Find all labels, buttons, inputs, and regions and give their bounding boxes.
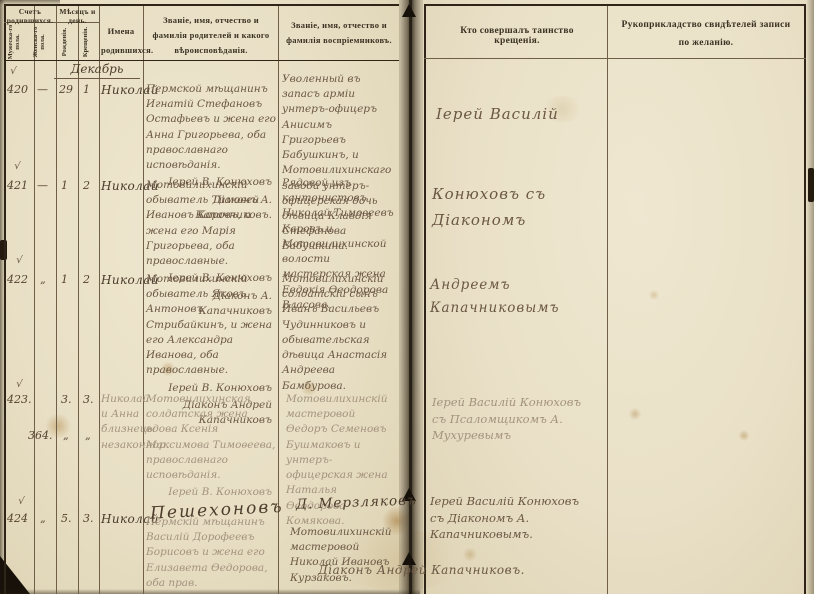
bottom-deacon-signature: Діаконъ Андрей Капачниковъ.	[318, 562, 538, 579]
header-baptism-label: Крещенія.	[82, 21, 94, 63]
entry-number-male: 422	[7, 272, 34, 288]
entry-baptism-day: 3.	[83, 511, 97, 527]
entry-parents-text: Мотовилихинскій обыватель Яковъ Антоновъ…	[146, 272, 276, 379]
entry-parents-text: Мотовилихинскій обыватель Тимоѳей Иванов…	[146, 178, 276, 269]
entry-birth-day: 1	[61, 178, 77, 194]
entry-parents-text: Мотовилихинская солдатская жена вдова Кс…	[146, 392, 276, 483]
register-entry: √ 422 „ 1 2 Николай Мотовилихинскій обыв…	[0, 268, 814, 388]
metrical-book-spread: Счетъ родившихся. Мѣсяцъ и день. Мужеска…	[0, 0, 814, 594]
entry-parents-cell: Мотовилихинская солдатская жена вдова Кс…	[146, 392, 276, 501]
entry-parents-text: Пермской мѣщанинъ Игнатій Стефановъ Оста…	[146, 82, 276, 173]
entry-number-male: 423.	[7, 392, 34, 408]
entry-officiant-text: Іерей Василій Конюховъ съ Діакономъ А. К…	[430, 493, 590, 543]
entry-officiant-text: Конюховъ съ Діакономъ	[432, 182, 607, 233]
header-male-label: Мужеска-го пола.	[7, 21, 31, 63]
entry-godparents-text: Мотовилихинскій солдатскій сынъ Иванъ Ва…	[282, 272, 397, 394]
entry-parents-text: Пермскій мѣщанинъ Василій Дорофеевъ Бори…	[146, 515, 276, 591]
register-entry: √ 420 — 29 1 Николай Пермской мѣщанинъ И…	[0, 78, 814, 175]
entry-checkmark: √	[17, 495, 25, 510]
entry-number-female: 364.	[28, 428, 55, 444]
register-entry: √ 423. 364. 3. 3. „ „ Николай и Анна бли…	[0, 390, 814, 502]
entry-baptism-day: 3.	[83, 392, 97, 408]
binding-mark-top	[402, 4, 416, 17]
entry-baptism-day: 2	[83, 178, 97, 194]
header-parents: Званіе, имя, отчество и фамилія родителе…	[148, 13, 274, 58]
table-rule	[4, 4, 399, 6]
entry-number-male: 424	[7, 511, 34, 527]
entry-name: Николай	[101, 511, 145, 528]
month-header: Декабрь	[54, 61, 140, 79]
table-rule	[424, 4, 806, 6]
entry-name: Николай	[101, 82, 145, 99]
entry-birth-day: 29	[59, 82, 77, 98]
header-godparents: Званіе, имя, отчество и фамилія воспріем…	[284, 18, 394, 48]
entry-number-female: „	[40, 272, 54, 288]
entry-birth-day: 3.	[61, 392, 77, 408]
header-birth-label: Рожденія.	[61, 21, 73, 63]
header-signatures: Рукоприкладство свидѣтелей записи по жел…	[620, 16, 792, 52]
entry-number-female: —	[37, 82, 55, 98]
entry-birth-ditto: „	[63, 428, 75, 444]
header-names: Имена родившихся.	[101, 22, 141, 59]
table-rule	[424, 58, 806, 59]
entry-parents-cell: Пермскій мѣщанинъ Василій Дорофеевъ Бори…	[146, 515, 276, 591]
entry-number-male: 421	[7, 178, 34, 194]
entry-birth-day: 1	[61, 272, 77, 288]
entry-number-male: 420	[7, 82, 34, 98]
entry-name: Николай	[101, 272, 145, 289]
entry-number-female: „	[40, 511, 54, 527]
entry-name: Николай и Анна близнецы незаконнор.	[101, 392, 145, 453]
register-entry: √ 421 — 1 2 Николай Мотовилихинскій обыв…	[0, 176, 814, 266]
entry-number-female: —	[37, 178, 55, 194]
entry-officiant-text: Іерей Василій	[436, 102, 606, 128]
entry-officiant-text: Іерей Василій Конюховъ съ Псаломщикомъ А…	[432, 394, 582, 444]
entry-baptism-day: 1	[83, 82, 97, 98]
header-female-label: Женска-го пола.	[32, 21, 56, 63]
entry-baptism-ditto: „	[85, 428, 97, 444]
entry-checkmark: √	[15, 378, 23, 393]
entry-baptism-day: 2	[83, 272, 97, 288]
entry-name: Николай	[101, 178, 145, 195]
entry-checkmark: √	[9, 65, 17, 80]
entry-officiant-text: Андреемъ Капачниковымъ	[430, 274, 608, 320]
header-officiant: Кто совершалъ таинство крещенія.	[438, 26, 596, 46]
register-entry: √ 424 „ 5. 3. Николай Пермскій мѣщанинъ …	[0, 503, 814, 594]
entry-birth-day: 5.	[61, 511, 77, 527]
